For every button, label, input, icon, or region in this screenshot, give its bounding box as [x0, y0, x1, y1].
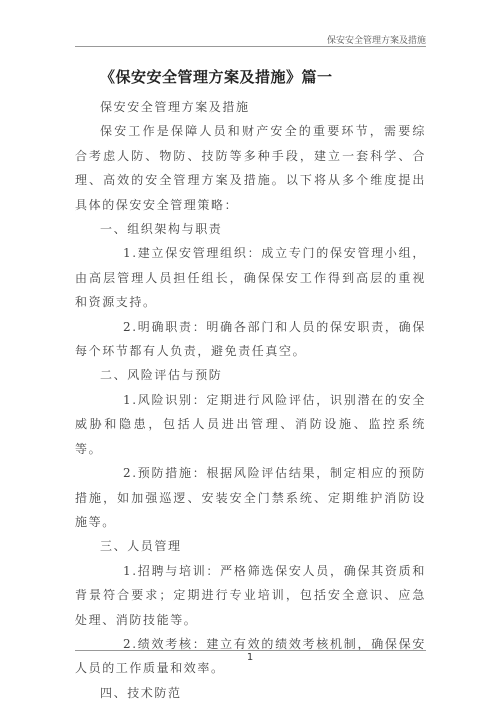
footer-divider [75, 650, 426, 651]
section-heading-1: 一、组织架构与职责 [75, 217, 426, 241]
document-title: 《保安安全管理方案及措施》篇一 [100, 66, 333, 87]
section-heading-4: 四、技术防范 [75, 681, 426, 705]
subtitle-paragraph: 保安安全管理方案及措施 [75, 95, 426, 119]
section-heading-3: 三、人员管理 [75, 534, 426, 558]
intro-paragraph: 保安工作是保障人员和财产安全的重要环节，需要综合考虑人防、物防、技防等多种手段，… [75, 119, 426, 217]
running-header: 保安安全管理方案及措施 [327, 33, 426, 46]
list-item: 1.建立保安管理组织：成立专门的保安管理小组，由高层管理人员担任组长，确保保安工… [75, 241, 426, 314]
list-item: 2.预防措施：根据风险评估结果，制定相应的预防措施，如加强巡逻、安装安全门禁系统… [75, 461, 426, 534]
section-heading-2: 二、风险评估与预防 [75, 363, 426, 387]
list-item: 1.招聘与培训：严格筛选保安人员，确保其资质和背景符合要求；定期进行专业培训，包… [75, 559, 426, 632]
document-body: 保安安全管理方案及措施 保安工作是保障人员和财产安全的重要环节，需要综合考虑人防… [75, 95, 426, 705]
list-item: 2.明确职责：明确各部门和人员的保安职责，确保每个环节都有人负责，避免责任真空。 [75, 315, 426, 364]
page-number: 1 [0, 652, 500, 663]
list-item: 1.风险识别：定期进行风险评估，识别潜在的安全威胁和隐患，包括人员进出管理、消防… [75, 388, 426, 461]
header-divider [75, 46, 426, 47]
